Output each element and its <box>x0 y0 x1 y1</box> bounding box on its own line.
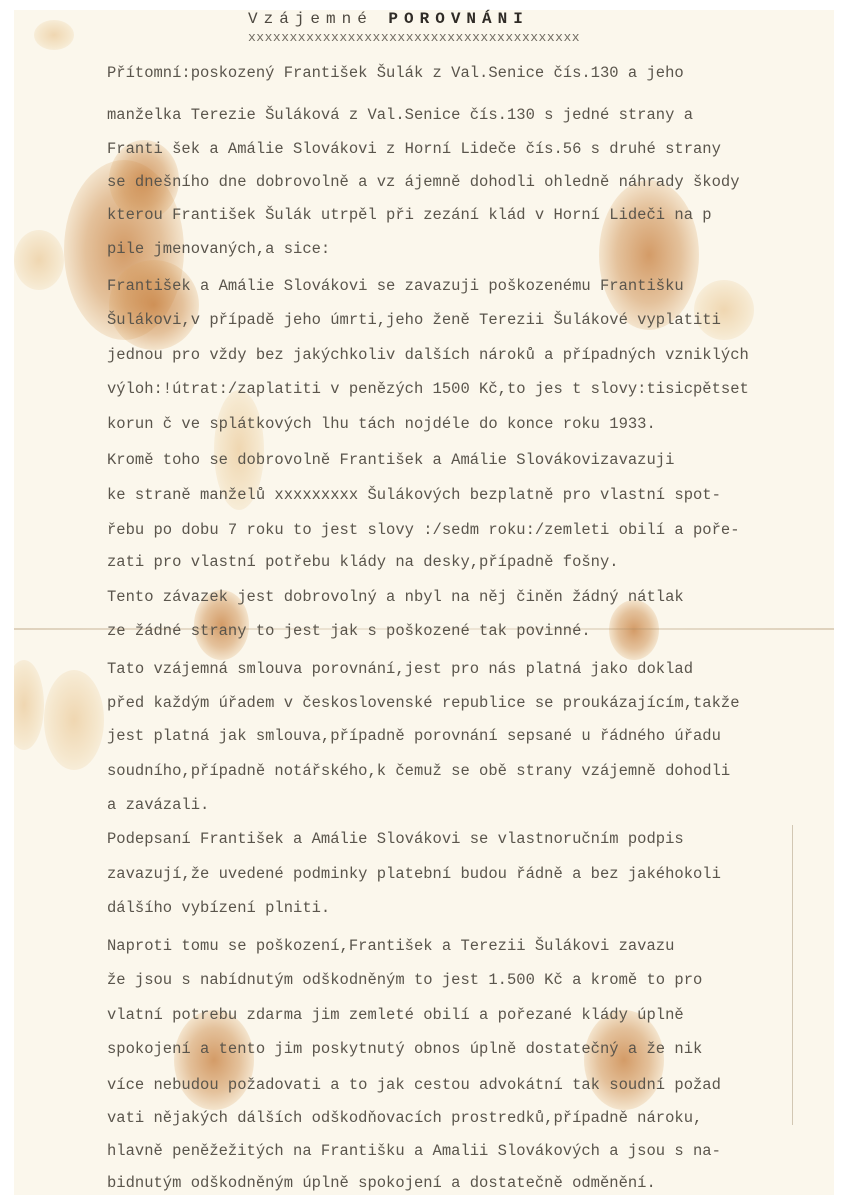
text-line: manželka Terezie Šuláková z Val.Senice č… <box>107 106 693 124</box>
stain <box>34 20 74 50</box>
text-line: výloh:!útrat:/zaplatiti v penězých 1500 … <box>107 380 749 398</box>
text-line: vlatní potrebu zdarma jim zemleté obilí … <box>107 1006 684 1024</box>
text-line: jest platná jak smlouva,případně porovná… <box>107 727 721 745</box>
text-line: Franti šek a Amálie Slovákovi z Horní Li… <box>107 140 721 158</box>
text-line: dálšího vybízení plniti. <box>107 899 330 917</box>
text-line: soudního,případně notářského,k čemuž se … <box>107 762 730 780</box>
text-line: korun č ve splátkových lhu tách nojdéle … <box>107 415 656 433</box>
text-line: bidnutým odškodněným úplně spokojení a d… <box>107 1174 656 1192</box>
text-line: ze žádné strany to jest jak s poškozené … <box>107 622 591 640</box>
text-line: pile jmenovaných,a sice: <box>107 240 330 258</box>
stain <box>109 260 199 350</box>
fold-crease <box>792 825 793 1125</box>
stain <box>609 600 659 660</box>
text-line: více nebudou požadovati a to jak cestou … <box>107 1076 721 1094</box>
text-line: vati nějakých dálších odškodňovacích pro… <box>107 1109 702 1127</box>
text-line: Tento závazek jest dobrovolný a nbyl na … <box>107 588 684 606</box>
stain <box>599 180 699 330</box>
text-line: Kromě toho se dobrovolně František a Amá… <box>107 451 674 469</box>
text-line: jednou pro vždy bez jakýchkoliv dalších … <box>107 346 749 364</box>
title-underline: xxxxxxxxxxxxxxxxxxxxxxxxxxxxxxxxxxxxxxxx <box>248 30 580 45</box>
text-line: Přítomní:poskozený František Šulák z Val… <box>107 64 684 82</box>
text-line: že jsou s nabídnutým odškodněným to jest… <box>107 971 702 989</box>
document-title: Vzájemné POROVNÁNI <box>248 10 529 28</box>
text-line: zavazují,že uvedené podminky platební bu… <box>107 865 721 883</box>
stain <box>14 230 64 290</box>
text-line: kterou František Šulák utrpěl při zezání… <box>107 206 712 224</box>
text-line: spokojení a tento jim poskytnutý obnos ú… <box>107 1040 702 1058</box>
stain <box>14 660 44 750</box>
text-line: a zavázali. <box>107 796 209 814</box>
text-line: se dnešního dne dobrovolně a vz ájemně d… <box>107 173 740 191</box>
text-line: řebu po dobu 7 roku to jest slovy :/sedm… <box>107 521 740 539</box>
text-line: Naproti tomu se poškození,František a Te… <box>107 937 674 955</box>
text-line: před každým úřadem v československé repu… <box>107 694 740 712</box>
text-line: Podepsaní František a Amálie Slovákovi s… <box>107 830 684 848</box>
text-line: ke straně manželů xxxxxxxxx Šulákových b… <box>107 486 721 504</box>
stain <box>44 670 104 770</box>
stain <box>694 280 754 340</box>
text-line: Šulákovi,v případě jeho úmrti,jeho ženě … <box>107 311 721 329</box>
stain <box>174 1010 254 1110</box>
stain <box>584 1010 664 1110</box>
text-line: Tato vzájemná smlouva porovnání,jest pro… <box>107 660 693 678</box>
title-part-2: POROVNÁNI <box>388 10 528 28</box>
text-line: zati pro vlastní potřebu klády na desky,… <box>107 553 619 571</box>
text-line: hlavně peněžežitých na Františku a Amali… <box>107 1142 721 1160</box>
title-part-1: Vzájemné <box>248 10 373 28</box>
text-line: František a Amálie Slovákovi se zavazuji… <box>107 277 684 295</box>
